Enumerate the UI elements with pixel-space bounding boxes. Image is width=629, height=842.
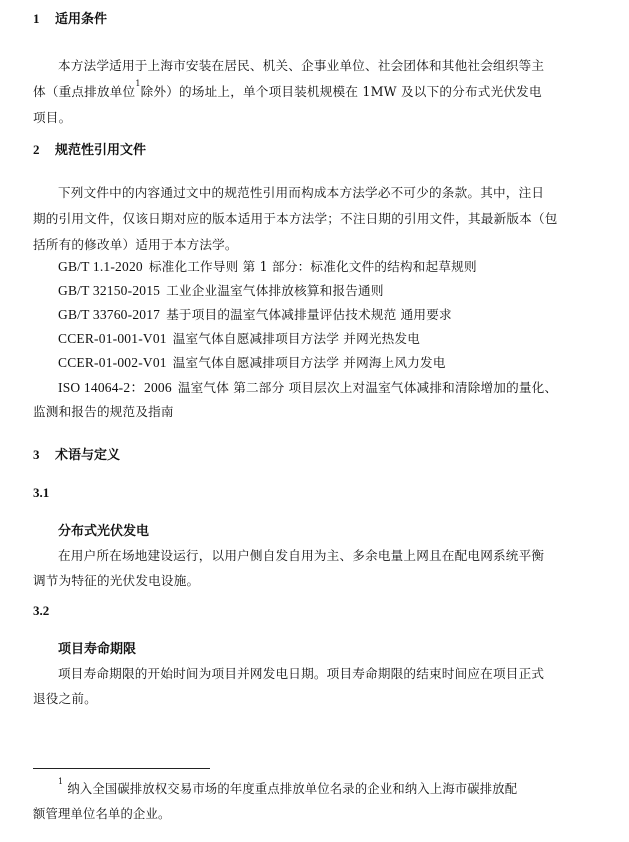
reference-title: 基于项目的温室气体减排量评估技术规范 通用要求 [166, 307, 452, 322]
reference-title: 温室气体自愿减排项目方法学 并网光热发电 [173, 331, 420, 346]
text: 体（重点排放单位 [33, 84, 135, 99]
term-title: 分布式光伏发电 [58, 520, 149, 539]
reference-item: GB/T 32150-2015工业企业温室气体排放核算和报告通则 [58, 280, 384, 299]
reference-continuation: 监测和报告的规范及指南 [33, 401, 174, 420]
text: 纳入全国碳排放权交易市场的年度重点排放单位名录的企业和纳入上海市碳排放配 [67, 782, 517, 796]
section-2-para-line-3: 括所有的修改单）适用于本方法学。 [33, 234, 238, 253]
text: 除外）的场址上，单个项目装机规模在 1MW 及以下的分布式光伏发电 [141, 84, 542, 99]
section-2-heading: 2规范性引用文件 [33, 139, 146, 158]
section-title: 规范性引用文件 [55, 143, 146, 158]
footnote-line-2: 额管理单位名单的企业。 [33, 804, 170, 822]
footnote-marker: 1 [58, 777, 63, 786]
term-definition-line: 调节为特征的光伏发电设施。 [33, 570, 199, 589]
section-number: 3 [33, 447, 55, 463]
term-definition-line: 项目寿命期限的开始时间为项目并网发电日期。项目寿命期限的结束时间应在项目正式 [58, 663, 544, 682]
term-definition-line: 退役之前。 [33, 688, 97, 707]
section-number: 2 [33, 142, 55, 158]
reference-title: 温室气体 第二部分 项目层次上对温室气体减排和清除增加的量化、 [178, 380, 557, 395]
reference-code: GB/T 33760-2017 [58, 307, 160, 322]
term-title: 项目寿命期限 [58, 638, 136, 657]
reference-code: CCER-01-001-V01 [58, 331, 167, 346]
reference-item: GB/T 1.1-2020标准化工作导则 第 1 部分：标准化文件的结构和起草规… [58, 256, 477, 275]
reference-title: 温室气体自愿减排项目方法学 并网海上风力发电 [173, 355, 446, 370]
reference-item: ISO 14064-2：2006温室气体 第二部分 项目层次上对温室气体减排和清… [58, 376, 557, 396]
reference-title: 工业企业温室气体排放核算和报告通则 [166, 283, 384, 298]
reference-item: CCER-01-002-V01温室气体自愿减排项目方法学 并网海上风力发电 [58, 352, 446, 371]
reference-code: ISO 14064-2：2006 [58, 380, 172, 395]
section-1-heading: 1适用条件 [33, 8, 107, 27]
term-number: 3.2 [33, 603, 49, 619]
reference-item: GB/T 33760-2017基于项目的温室气体减排量评估技术规范 通用要求 [58, 304, 452, 323]
footnote-ref[interactable]: 1 [135, 79, 140, 88]
section-1-para-line-2: 体（重点排放单位1除外）的场址上，单个项目装机规模在 1MW 及以下的分布式光伏… [33, 81, 542, 100]
section-title: 适用条件 [55, 12, 107, 27]
section-1-para-line-1: 本方法学适用于上海市安装在居民、机关、企事业单位、社会团体和其他社会组织等主 [58, 55, 544, 74]
footnote-separator [33, 768, 210, 769]
term-number: 3.1 [33, 485, 49, 501]
reference-code: GB/T 1.1-2020 [58, 259, 143, 274]
term-definition-line: 在用户所在场地建设运行，以用户侧自发自用为主、多余电量上网且在配电网系统平衡 [58, 545, 544, 564]
section-1-para-line-3: 项目。 [33, 107, 71, 126]
reference-item: CCER-01-001-V01温室气体自愿减排项目方法学 并网光热发电 [58, 328, 420, 347]
reference-title: 标准化工作导则 第 1 部分：标准化文件的结构和起草规则 [149, 259, 477, 274]
reference-code: GB/T 32150-2015 [58, 283, 160, 298]
section-number: 1 [33, 11, 55, 27]
section-2-para-line-1: 下列文件中的内容通过文中的规范性引用而构成本方法学必不可少的条款。其中，注日 [58, 182, 544, 201]
section-3-heading: 3术语与定义 [33, 444, 120, 463]
section-title: 术语与定义 [55, 448, 120, 463]
reference-code: CCER-01-002-V01 [58, 355, 167, 370]
section-2-para-line-2: 期的引用文件，仅该日期对应的版本适用于本方法学；不注日期的引用文件，其最新版本（… [33, 208, 558, 227]
footnote-line-1: 1 纳入全国碳排放权交易市场的年度重点排放单位名录的企业和纳入上海市碳排放配 [58, 779, 517, 797]
